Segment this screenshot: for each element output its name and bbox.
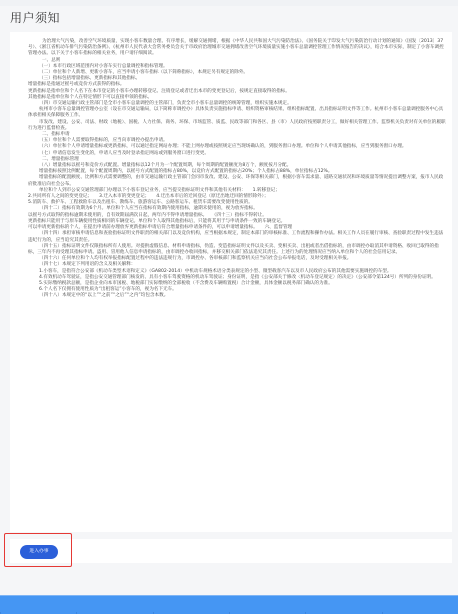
notice-card: 为治理大气污染，改善空气环境质量，实现小客车数量合理、有序增长，缓解交通拥堵，根… [10,32,452,532]
top-strip [0,0,458,6]
notice-paragraph: 4.有效机动车驾驶证，是指公安交通管理部门核发的、具有小客车驾驶资格的机动车驾驶… [28,275,446,281]
notice-paragraph: （四十五）指标证明文件仅限指标所有人使用。对提供虚假信息、材料申请指标，伪造、变… [28,244,446,256]
notice-paragraph: 杭州市小客车总量调控管理办公室（设在市交通运输局，以下简称市调控办）具体负责实施… [28,107,446,119]
notice-content: 为治理大气污染，改善空气环境质量，实现小客车数量合理、有序增长，缓解交通拥堵，根… [28,39,446,300]
enter-service-button[interactable]: 进入办事 [20,545,58,559]
notice-paragraph: （四十四）承担审核申请信息和查验指标证明文件职责的相关部门以及竞价机构，应当根据… [28,231,446,243]
notice-paragraph: （四十八）本规定中的“以上”“之前”“之后”“之内”均包含本数。 [28,293,446,299]
page-title: 用户须知 [10,9,60,26]
page: 用户须知 为治理大气污染，改善空气环境质量，实现小客车数量合理、有序增长，缓解交… [0,0,458,614]
notice-paragraph: 为治理大气污染，改善空气环境质量，实现小客车数量合理、有序增长，缓解交通拥堵，根… [28,39,446,58]
notice-paragraph: 市发改、建设、公安、司法、财政（地税）、国税、人力社保、商务、环保、市场监管、质… [28,120,446,132]
bottom-bar [0,595,458,614]
action-bar: 进入办事 [10,539,452,563]
notice-paragraph: （六）单位和个人申请增量指标或更新指标，可以通过指定网站办理；不能上网办理或按照… [28,144,446,150]
notice-paragraph: 1.小客车，是指符合公安部《机动车类型术语和定义》（GA802-2014）中机动… [28,269,446,275]
notice-paragraph: 增量指标的配置额度、比例和方式需要调整的，由市交通运输行政主管部门会同市发改、建… [28,175,446,187]
